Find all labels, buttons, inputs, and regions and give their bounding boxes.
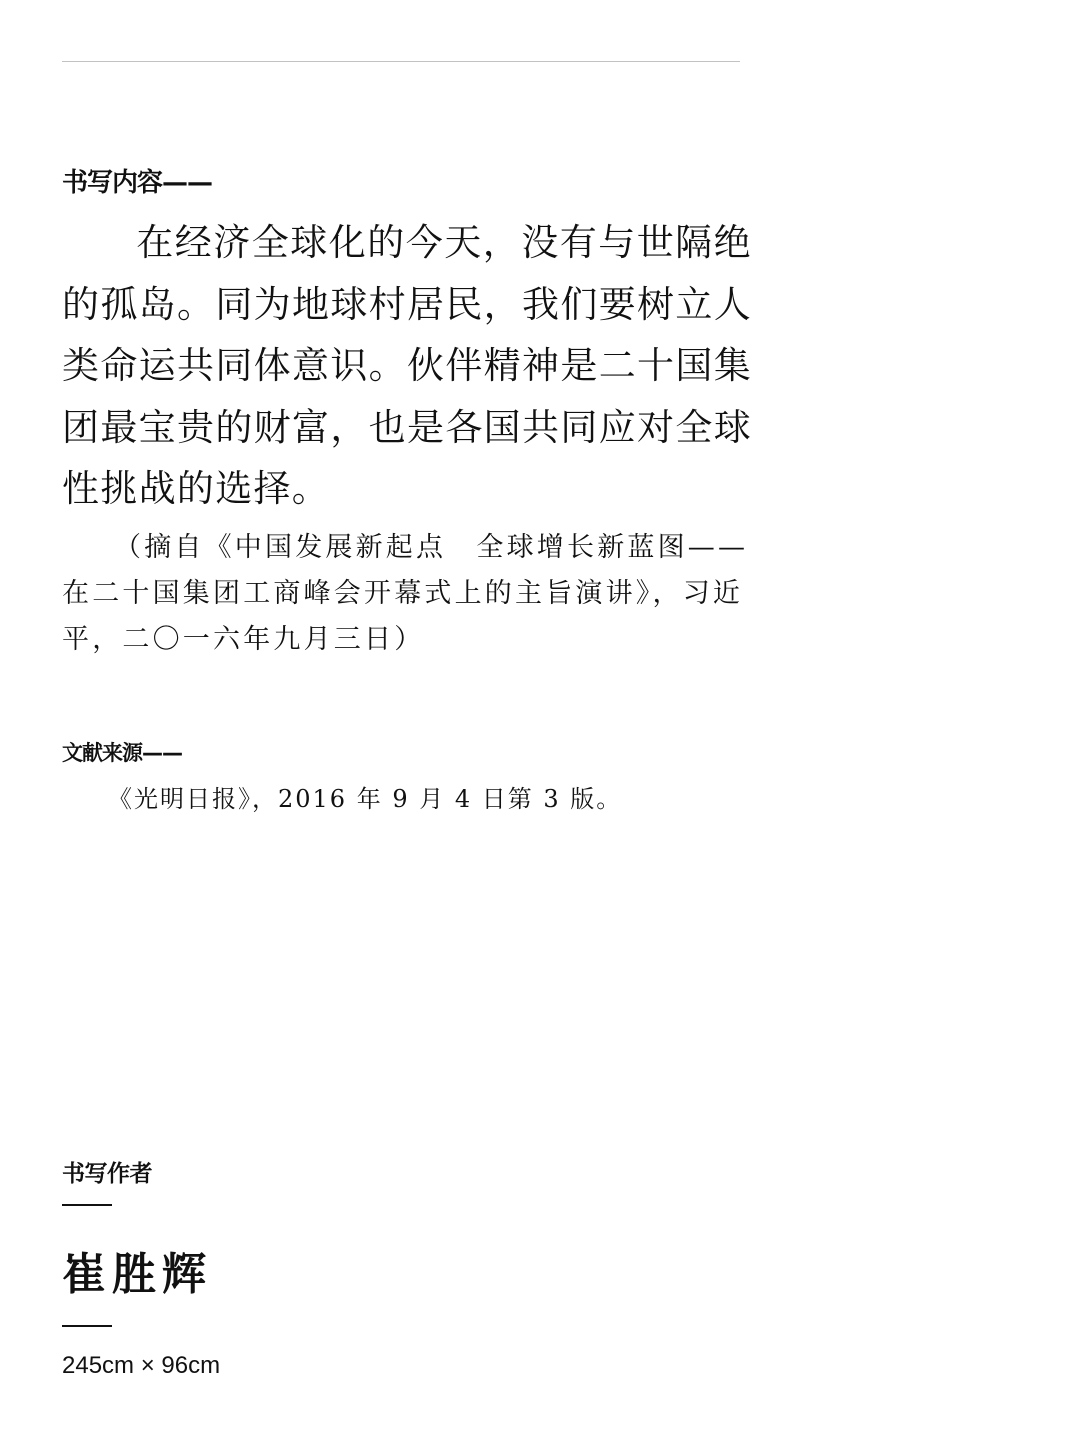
- source-section-label: 文献来源——: [62, 737, 182, 767]
- author-divider-bottom: [62, 1325, 112, 1327]
- calligraphy-content-paragraph: 在经济全球化的今天，没有与世隔绝的孤岛。同为地球村居民，我们要树立人类命运共同体…: [62, 212, 752, 520]
- author-section-label: 书写作者: [62, 1155, 152, 1188]
- author-name: 崔胜辉: [62, 1238, 212, 1302]
- content-section-label: 书写内容——: [62, 162, 212, 199]
- artwork-dimensions: 245cm × 96cm: [62, 1352, 220, 1380]
- source-text: 《光明日报》，2016 年 9 月 4 日第 3 版。: [108, 779, 622, 814]
- citation-text: （摘自《中国发展新起点 全球增长新蓝图——在二十国集团工商峰会开幕式上的主旨演讲…: [62, 532, 748, 655]
- author-divider-top: [62, 1204, 112, 1206]
- paragraph-text: 在经济全球化的今天，没有与世隔绝的孤岛。同为地球村居民，我们要树立人类命运共同体…: [62, 221, 752, 510]
- top-divider: [62, 61, 740, 62]
- citation-block: （摘自《中国发展新起点 全球增长新蓝图——在二十国集团工商峰会开幕式上的主旨演讲…: [62, 525, 752, 663]
